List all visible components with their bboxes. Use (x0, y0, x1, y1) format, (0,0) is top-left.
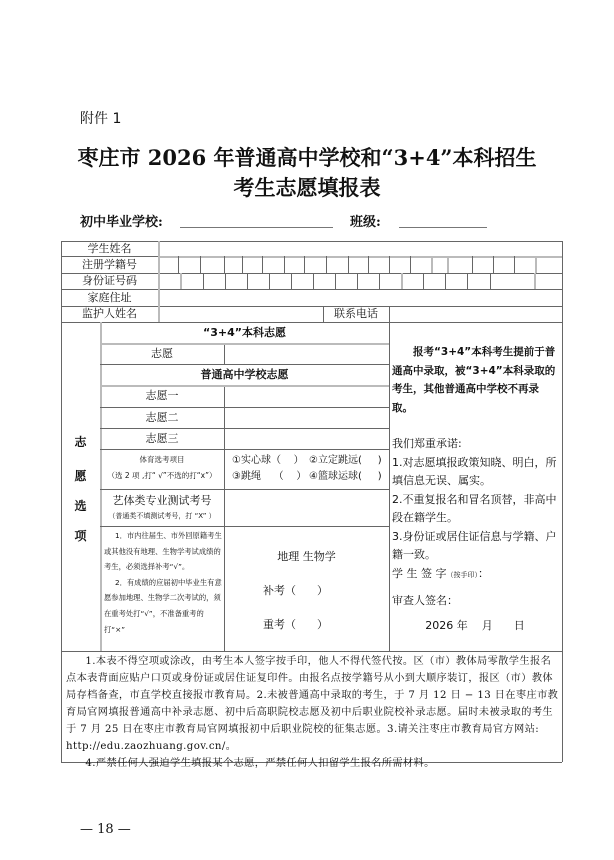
divider (158, 256, 562, 258)
geo-bio-notes: 1．市内往届生、市外回原籍考生或其他没有地理、生物学考试成绩的考生，必须选择补考… (104, 528, 222, 637)
pe-label-line2: （选 2 项 ,打“ √”不选的打“x”） (100, 468, 224, 484)
divider (100, 526, 389, 527)
registration-no-label: 注册学籍号 (61, 256, 158, 273)
student-signature[interactable]: 学 生 签 字（按手印）： (392, 565, 558, 585)
home-address-label: 家庭住址 (61, 289, 158, 306)
side-label-char: 愿 (61, 467, 100, 484)
notice-34: 报考“3+4”本科考生提前于普通高中录取，被“3+4”本科录取的考生，其他普通高… (392, 343, 558, 417)
wish2-label: 志愿二 (100, 407, 224, 428)
side-label-char: 选 (61, 497, 100, 514)
section-34-header: “3+4”本科志愿 (100, 323, 389, 343)
divider (389, 306, 390, 322)
contact-phone-label: 联系电话 (323, 306, 389, 322)
art-label-line1: 艺体类专业测试考号 (100, 492, 224, 509)
wish1-field[interactable] (226, 387, 387, 406)
school-input-line[interactable] (180, 227, 333, 228)
class-input-line[interactable] (399, 227, 487, 228)
pledge-item-3: 3.身份证或居住证信息与学籍、户籍一致。 (392, 528, 558, 565)
pe-label: 体育选考项目 （选 2 项 ,打“ √”不选的打“x”） (100, 452, 224, 484)
notes-section: 1.本表不得空项或涂改，由考生本人签字按手印，他人不得代签代按。区（市）教体局零… (66, 653, 560, 772)
pledge-panel: 报考“3+4”本科考生提前于普通高中录取，被“3+4”本科录取的考生，其他普通高… (392, 343, 558, 635)
annex-label: 附件 1 (80, 108, 121, 128)
divider (100, 449, 389, 450)
side-label-char: 项 (61, 527, 100, 544)
guardian-name-label: 监护人姓名 (61, 306, 158, 322)
wish3-field[interactable] (226, 430, 387, 448)
guardian-name-field[interactable] (160, 307, 322, 321)
geo-note-1: 1．市内往届生、市外回原籍考生或其他没有地理、生物学考试成绩的考生，必须选择补考… (104, 528, 222, 575)
notes-para-1: 1.本表不得空项或涂改，由考生本人签字按手印，他人不得代签代按。区（市）教体局零… (66, 653, 560, 755)
contact-phone-field[interactable] (391, 307, 560, 321)
art-label-line2: （普通类不填测试考号，打 “X” ） (100, 509, 224, 523)
class-label: 班级: (350, 211, 381, 230)
page-number: — 18 — (80, 822, 131, 837)
makeup-exam-option[interactable]: 补考（ ） (263, 582, 328, 598)
divider (100, 489, 389, 490)
pledge-item-2: 2.不重复报名和冒名顶替，非高中段在籍学生。 (392, 491, 558, 528)
student-name-label: 学生姓名 (61, 241, 158, 256)
section-general-header: 普通高中学校志愿 (100, 364, 389, 385)
wish-34-field[interactable] (226, 345, 387, 363)
student-name-field[interactable] (160, 242, 560, 255)
art-exam-no-field[interactable] (226, 491, 387, 524)
wish1-label: 志愿一 (100, 385, 224, 407)
wish3-label: 志愿三 (100, 428, 224, 449)
table-border-right (562, 241, 563, 762)
divider (389, 322, 390, 651)
home-address-field[interactable] (160, 290, 560, 305)
reviewer-signature[interactable]: 审查人签名： (392, 592, 558, 611)
pe-option-4[interactable]: ④篮球运球( ) (309, 469, 382, 485)
divider (224, 343, 225, 364)
id-no-label: 身份证号码 (61, 273, 158, 289)
pledge-item-1: 1.对志愿填报政策知晓、明白，所填信息无误、属实。 (392, 454, 558, 491)
geo-note-2: 2．有成绩的应届初中毕业生有意愿参加地理、生物学二次考试的，须在重考处打“√”，… (104, 575, 222, 637)
wish-34-label: 志愿 (100, 343, 224, 364)
wish2-field[interactable] (226, 409, 387, 427)
notes-para-2: 4.严禁任何人强迫学生填报某个志愿，严禁任何人扣留学生报名所需材料。 (66, 755, 560, 772)
retake-exam-option[interactable]: 重考（ ） (263, 616, 328, 632)
form-title-line2: 考生志愿填报表 (0, 172, 614, 202)
divider (224, 385, 225, 651)
geo-bio-subjects: 地理 生物学 (224, 548, 389, 564)
side-label-char: 志 (61, 433, 100, 450)
pe-option-1[interactable]: ①实心球（ ） (232, 453, 304, 469)
art-label: 艺体类专业测试考号 （普通类不填测试考号，打 “X” ） (100, 492, 224, 523)
form-title-line1: 枣庄市 2026 年普通高中学校和“3+4”本科招生 (0, 142, 614, 172)
divider (61, 651, 562, 652)
sign-date: 2026 年 月 日 (392, 617, 558, 636)
pe-option-3[interactable]: ③跳绳 （ ） (232, 469, 306, 485)
school-label: 初中毕业学校: (80, 211, 163, 230)
pe-label-line1: 体育选考项目 (100, 452, 224, 468)
pe-option-2[interactable]: ②立定跳远( ) (309, 453, 382, 469)
pledge-title: 我们郑重承诺: (392, 435, 558, 454)
